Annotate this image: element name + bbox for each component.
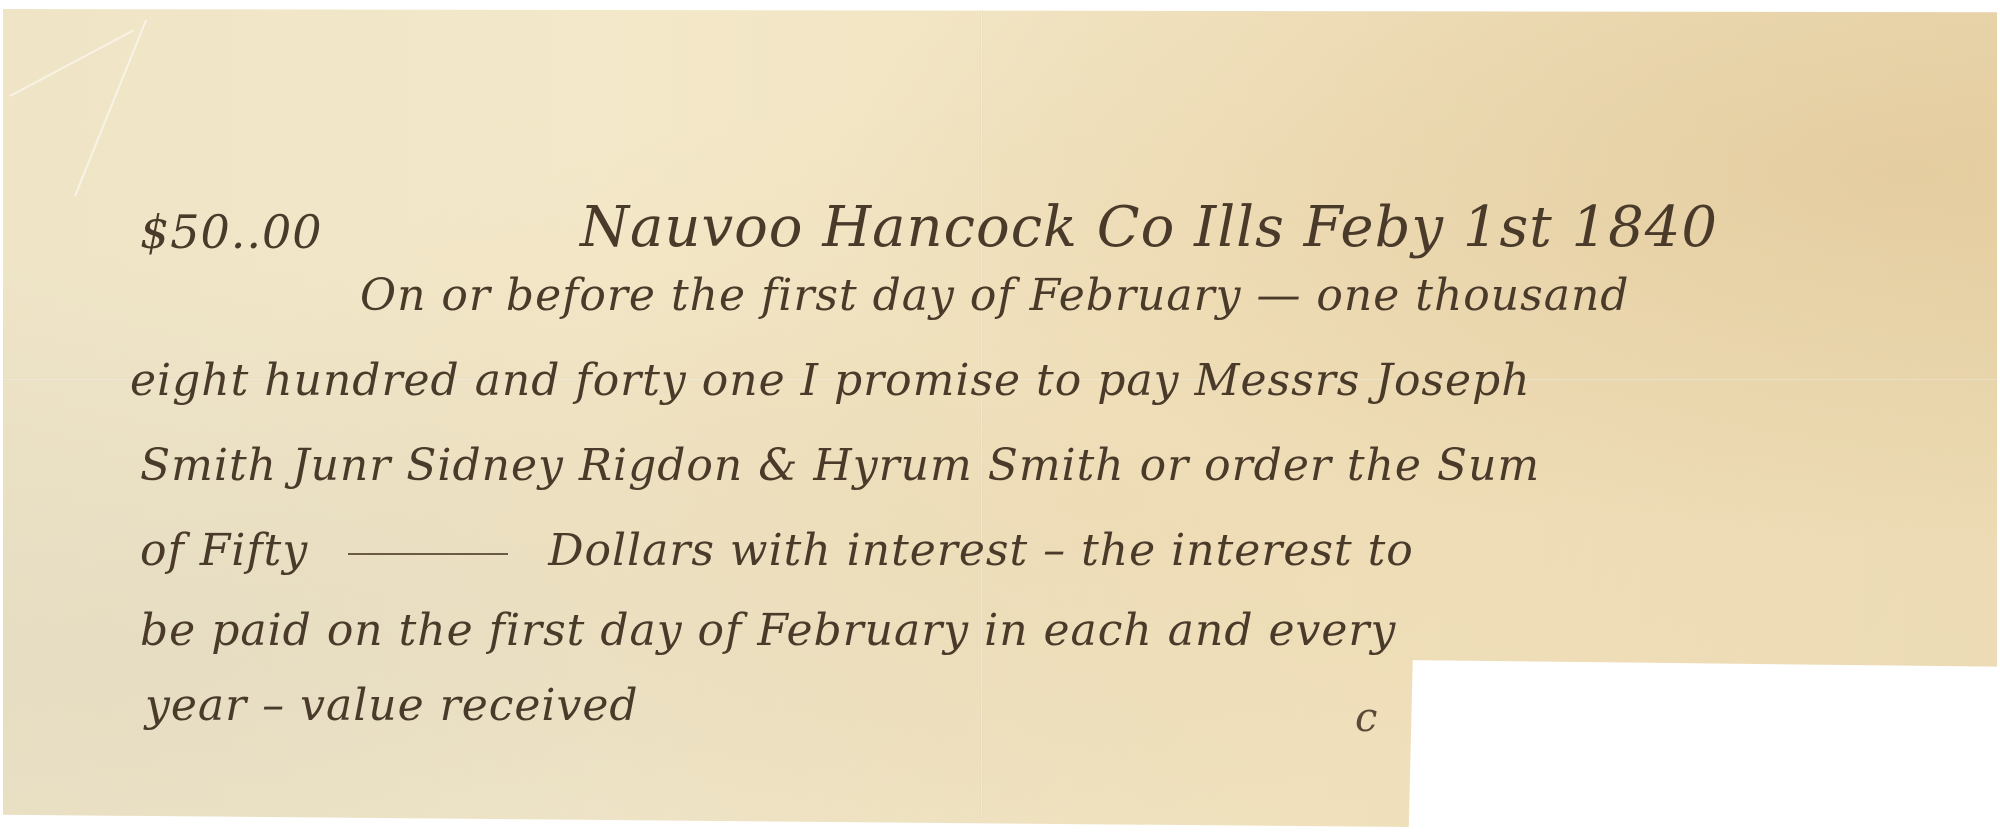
note-line-2: eight hundred and forty one I promise to… [130, 355, 1531, 406]
blank-line-divider [348, 553, 508, 555]
note-line-6: year – value received [145, 680, 639, 731]
vertical-fold-crease [980, 9, 983, 819]
note-line-4: of FiftyDollars with interest – the inte… [140, 525, 1414, 576]
note-place-date: Nauvoo Hancock Co Ills Feby 1st 1840 [580, 195, 1718, 260]
note-amount: $50..00 [140, 205, 323, 259]
note-line-5: be paid on the first day of February in … [140, 605, 1396, 656]
note-interest-clause: Dollars with interest – the interest to [548, 525, 1414, 576]
note-line-1: On or before the first day of February —… [360, 270, 1629, 321]
signature-fragment: c [1355, 695, 1378, 741]
note-line-3: Smith Junr Sidney Rigdon & Hyrum Smith o… [140, 440, 1540, 491]
note-sum-words: of Fifty [140, 525, 308, 576]
